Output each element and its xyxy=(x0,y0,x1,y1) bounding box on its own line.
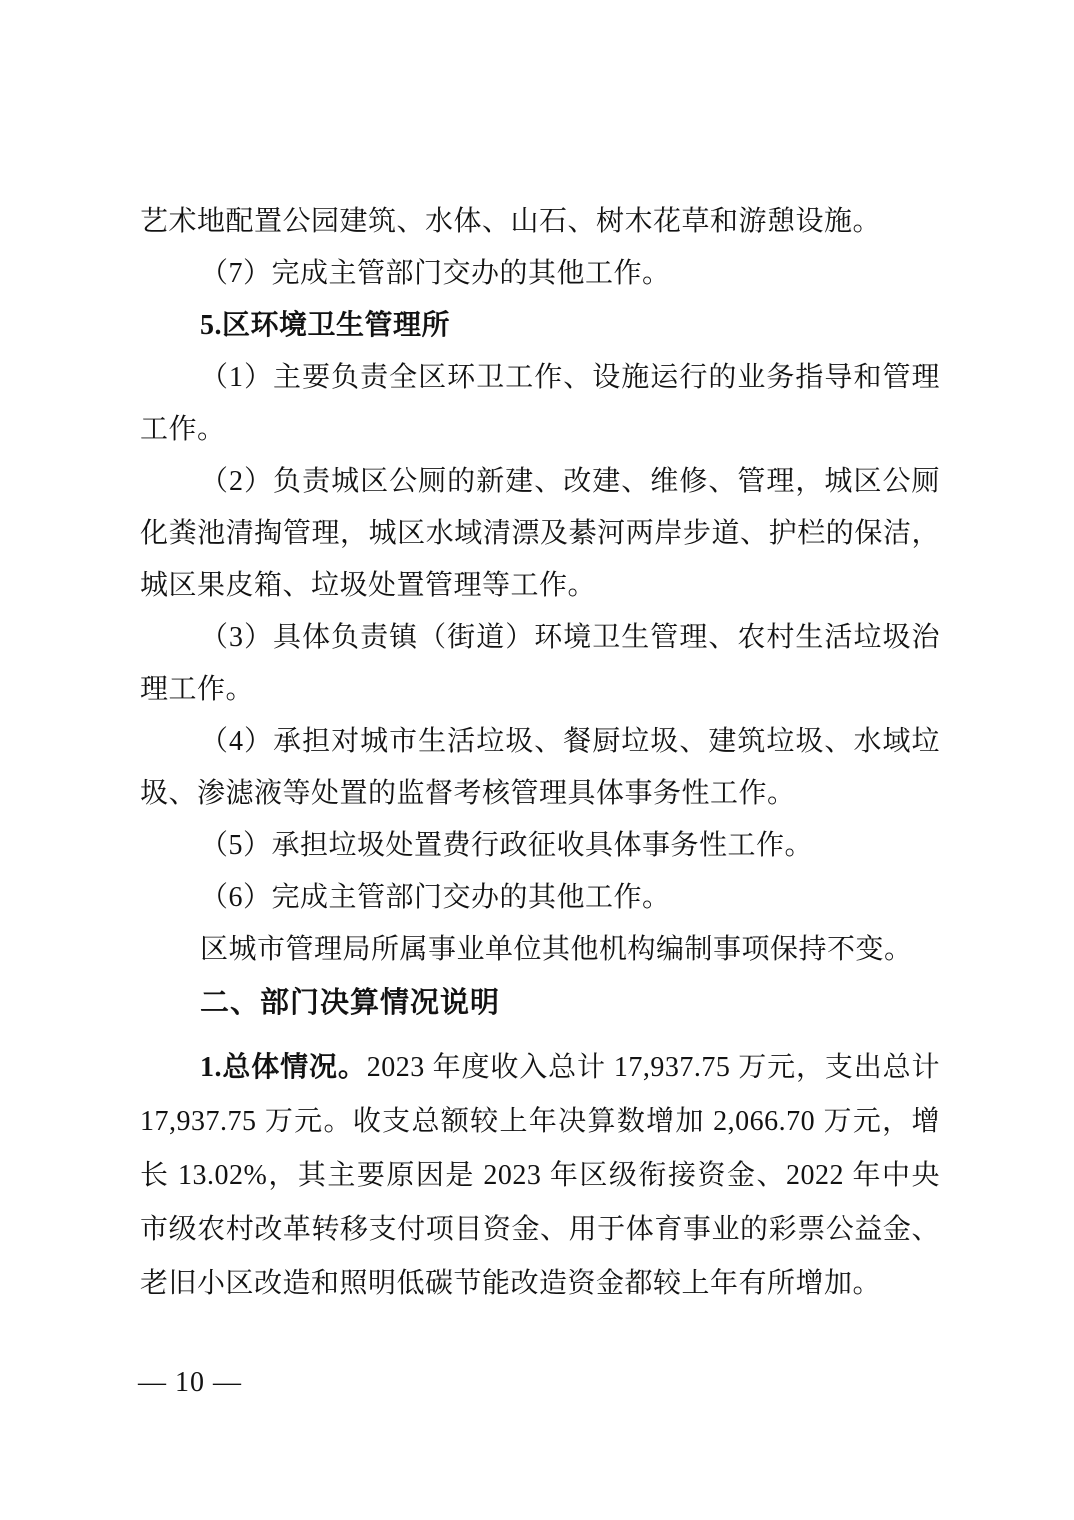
body-line: （2）负责城区公厕的新建、改建、维修、管理，城区公厕 xyxy=(140,456,940,508)
section-heading-final-accounts: 二、部门决算情况说明 xyxy=(140,977,940,1029)
body-line: 市级农村改革转移支付项目资金、用于体育事业的彩票公益金、 xyxy=(140,1204,940,1256)
subsection-heading-env-sanitation: 5.区环境卫生管理所 xyxy=(140,300,940,352)
body-line: （7）完成主管部门交办的其他工作。 xyxy=(140,248,940,300)
body-line: 老旧小区改造和照明低碳节能改造资金都较上年有所增加。 xyxy=(140,1258,940,1310)
body-line: 工作。 xyxy=(140,404,940,456)
page-number: — 10 — xyxy=(138,1357,242,1409)
body-line: （3）具体负责镇（街道）环境卫生管理、农村生活垃圾治 xyxy=(140,612,940,664)
paragraph-lead-bold: 1.总体情况。 xyxy=(200,1052,367,1083)
body-line: （5）承担垃圾处置费行政征收具体事务性工作。 xyxy=(140,820,940,872)
paragraph-lead-rest: 2023 年度收入总计 17,937.75 万元，支出总计 xyxy=(367,1052,940,1083)
body-line: 区城市管理局所属事业单位其他机构编制事项保持不变。 xyxy=(140,924,940,976)
body-line: 城区果皮箱、垃圾处置管理等工作。 xyxy=(140,560,940,612)
body-line: 圾、渗滤液等处置的监督考核管理具体事务性工作。 xyxy=(140,768,940,820)
body-line: 理工作。 xyxy=(140,664,940,716)
body-line: 化粪池清掏管理，城区水域清漂及綦河两岸步道、护栏的保洁， xyxy=(140,508,940,560)
body-line: 艺术地配置公园建筑、水体、山石、树木花草和游憩设施。 xyxy=(140,196,940,248)
body-line: （6）完成主管部门交办的其他工作。 xyxy=(140,872,940,924)
body-line: 1.总体情况。2023 年度收入总计 17,937.75 万元，支出总计 xyxy=(140,1042,940,1094)
body-line: （1）主要负责全区环卫工作、设施运行的业务指导和管理 xyxy=(140,352,940,404)
body-line: 长 13.02%，其主要原因是 2023 年区级衔接资金、2022 年中央及 xyxy=(140,1150,940,1202)
body-line: 17,937.75 万元。收支总额较上年决算数增加 2,066.70 万元，增 xyxy=(140,1096,940,1148)
body-line: （4）承担对城市生活垃圾、餐厨垃圾、建筑垃圾、水域垃 xyxy=(140,716,940,768)
